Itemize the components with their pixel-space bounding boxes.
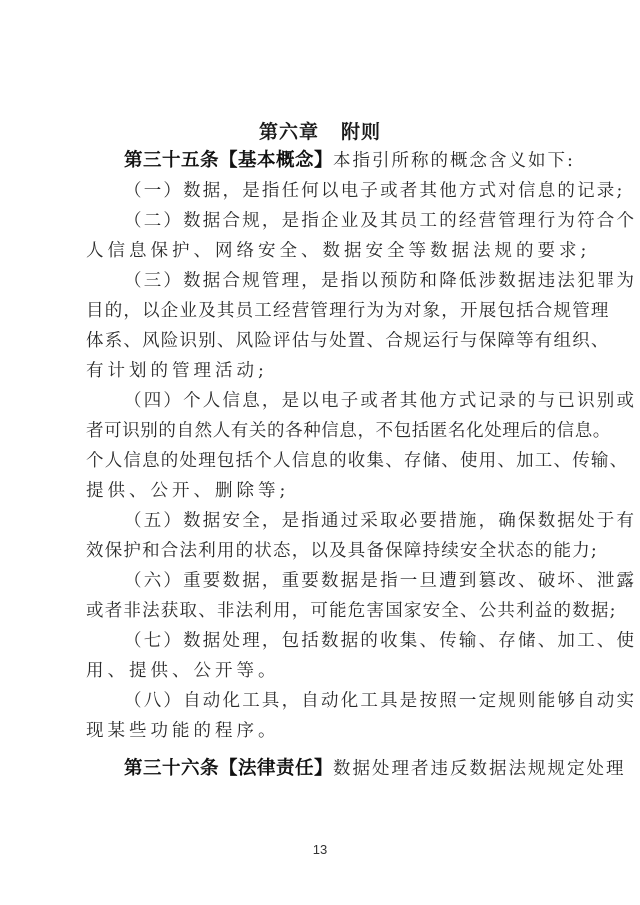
article-36-intro: 数据处理者违反数据法规规定处理 [333,759,626,779]
paragraph-line: 体系、风险识别、风险评估与处置、合规运行与保障等有组织、 [86,326,562,356]
chapter-title: 第六章附则 [0,117,640,144]
paragraph-line: 提供、公开、删除等; [86,476,562,506]
paragraph-line: 有计划的管理活动; [86,356,562,386]
chapter-number: 第六章 [259,121,319,143]
article-36-heading: 第三十六条【法律责任】 [124,758,333,779]
document-body: 第三十五条【基本概念】本指引所称的概念含义如下: （一）数据，是指任何以电子或者… [86,146,562,784]
paragraph-line: （七）数据处理，包括数据的收集、传输、存储、加工、使 [86,626,562,656]
document-page: 第六章附则 第三十五条【基本概念】本指引所称的概念含义如下: （一）数据，是指任… [0,0,640,905]
paragraph-line: 目的，以企业及其员工经营管理行为为对象，开展包括合规管理 [86,296,562,326]
article-35-line: 第三十五条【基本概念】本指引所称的概念含义如下: [86,146,562,176]
chapter-name: 附则 [341,121,381,143]
paragraph-line: （八）自动化工具，自动化工具是按照一定规则能够自动实 [86,686,562,716]
paragraph-line: （四）个人信息，是以电子或者其他方式记录的与已识别或 [86,386,562,416]
paragraph-line: 现某些功能的程序。 [86,716,562,746]
paragraph-line: （六）重要数据，重要数据是指一旦遭到篡改、破坏、泄露 [86,566,562,596]
page-number: 13 [0,842,640,857]
paragraph-line: 人信息保护、网络安全、数据安全等数据法规的要求; [86,236,562,266]
paragraph-line: （二）数据合规，是指企业及其员工的经营管理行为符合个 [86,206,562,236]
paragraph-line: 用、提供、公开等。 [86,656,562,686]
article-35-heading: 第三十五条【基本概念】 [124,150,333,171]
paragraph-line: 或者非法获取、非法利用，可能危害国家安全、公共利益的数据; [86,596,562,626]
article-35-intro: 本指引所称的概念含义如下: [333,151,575,171]
paragraph-line: 个人信息的处理包括个人信息的收集、存储、使用、加工、传输、 [86,446,562,476]
paragraph-line: （一）数据，是指任何以电子或者其他方式对信息的记录; [86,176,562,206]
article-36-line: 第三十六条【法律责任】数据处理者违反数据法规规定处理 [86,754,562,784]
paragraph-line: 者可识别的自然人有关的各种信息，不包括匿名化处理后的信息。 [86,416,562,446]
paragraph-line: 效保护和合法利用的状态，以及具备保障持续安全状态的能力; [86,536,562,566]
paragraph-line: （五）数据安全，是指通过采取必要措施，确保数据处于有 [86,506,562,536]
paragraph-line: （三）数据合规管理，是指以预防和降低涉数据违法犯罪为 [86,266,562,296]
